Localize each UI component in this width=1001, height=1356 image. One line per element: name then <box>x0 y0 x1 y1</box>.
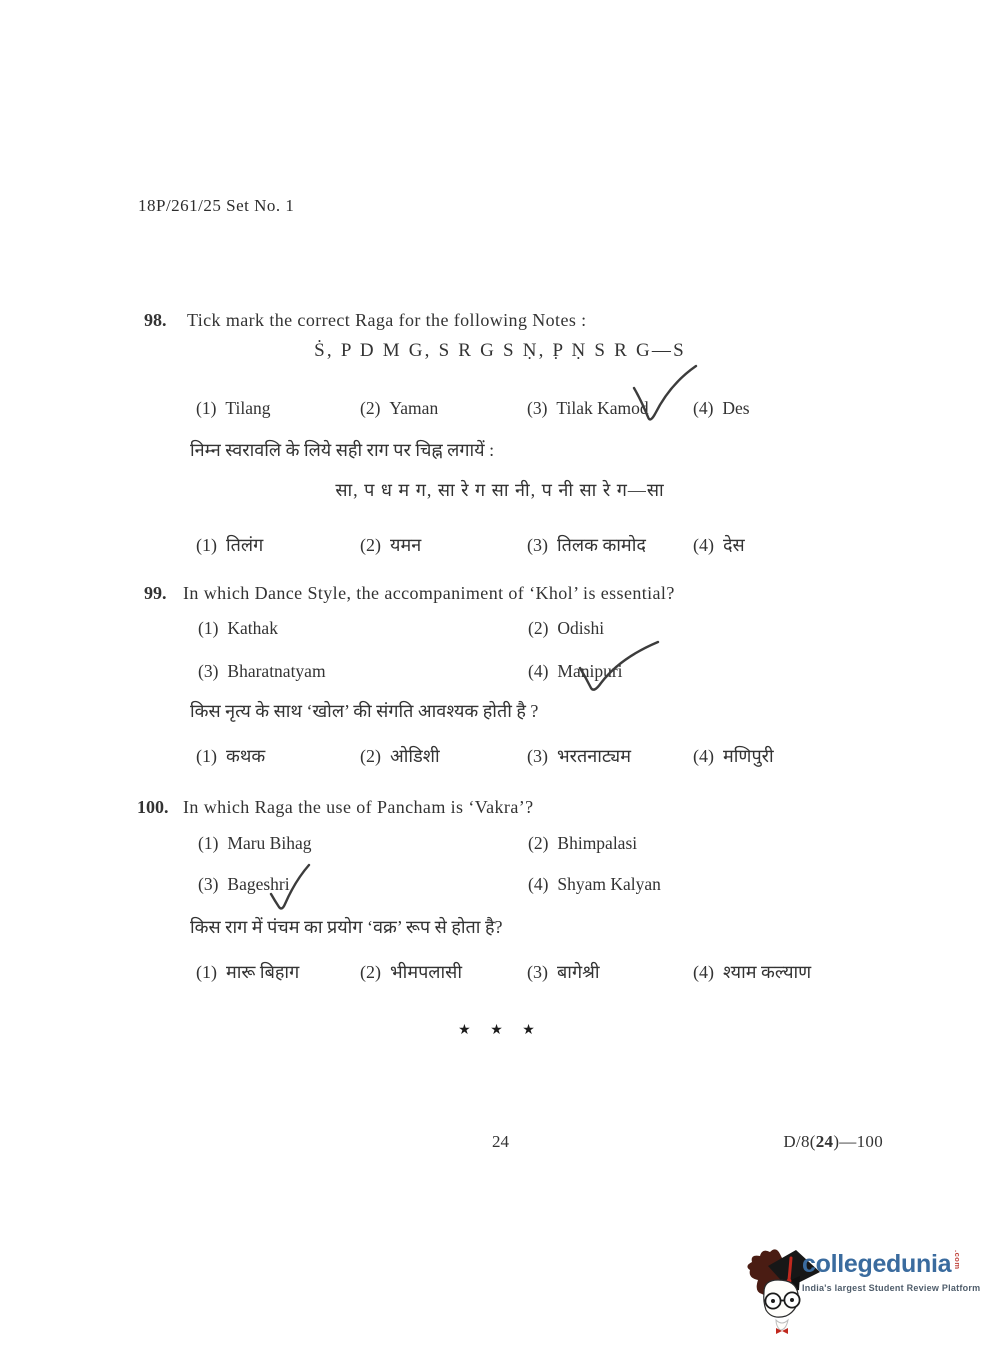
option-98-1-en: (1)Tilang <box>196 398 270 419</box>
option-label: Bharatnatyam <box>227 661 325 681</box>
option-marker: (1) <box>198 833 218 854</box>
option-marker: (3) <box>527 962 548 983</box>
print-code: D/8(24)—100 <box>783 1132 883 1152</box>
question-98-notes-hi: सा, प ध म ग, सा रे ग सा नी, प नी सा रे ग… <box>180 478 820 502</box>
option-100-2-hi: (2)भीमपलासी <box>360 960 462 984</box>
print-code-suffix: )—100 <box>833 1132 883 1151</box>
collegedunia-watermark: collegedunia.com India's largest Student… <box>738 1242 1000 1334</box>
paper-code: 18P/261/25 Set No. 1 <box>138 196 294 216</box>
collegedunia-tld-text: .com <box>953 1250 962 1276</box>
option-marker: (2) <box>360 535 381 556</box>
option-label: Tilang <box>225 398 270 418</box>
option-label: Shyam Kalyan <box>557 874 661 894</box>
collegedunia-tagline: India's largest Student Review Platform <box>802 1283 980 1293</box>
option-label: भरतनाट्यम <box>557 746 631 766</box>
question-98-notes-en: Ṡ, P D M G, S R G S Ṇ, P̣ Ṇ S R G—S <box>180 340 820 362</box>
question-98-options-hi: (1)तिलंग (2)यमन (3)तिलक कामोद (4)देस <box>0 533 1001 563</box>
question-100-options-row2: (3)Bageshri (4)Shyam Kalyan <box>0 874 1001 904</box>
question-99-text-hi: किस नृत्य के साथ ‘खोल’ की संगति आवश्यक ह… <box>190 699 538 723</box>
option-99-1-hi: (1)कथक <box>196 744 265 768</box>
question-100-text-en: In which Raga the use of Pancham is ‘Vak… <box>183 797 534 818</box>
handwritten-tick-q99-icon <box>574 634 662 696</box>
option-label: श्याम कल्याण <box>723 962 811 982</box>
question-99-text-en: In which Dance Style, the accompaniment … <box>183 583 675 604</box>
question-98-text-hi: निम्न स्वरावलि के लिये सही राग पर चिह्न … <box>190 438 494 462</box>
end-of-paper-marker: ★ ★ ★ <box>0 1022 1001 1039</box>
option-marker: (2) <box>360 398 380 419</box>
option-98-2-en: (2)Yaman <box>360 398 438 419</box>
option-marker: (1) <box>196 746 217 767</box>
handwritten-tick-q98-icon <box>628 360 700 430</box>
option-98-2-hi: (2)यमन <box>360 533 421 557</box>
option-marker: (2) <box>360 746 381 767</box>
option-marker: (4) <box>693 962 714 983</box>
option-label: तिलंग <box>226 535 263 555</box>
option-label: बागेश्री <box>557 962 599 982</box>
option-99-3-en: (3)Bharatnatyam <box>198 661 326 682</box>
option-marker: (2) <box>528 833 548 854</box>
question-100-options-hi: (1)मारू बिहाग (2)भीमपलासी (3)बागेश्री (4… <box>0 960 1001 990</box>
option-98-1-hi: (1)तिलंग <box>196 533 263 557</box>
option-label: Kathak <box>227 618 278 638</box>
option-label: Yaman <box>389 398 438 418</box>
print-code-bold: 24 <box>816 1132 834 1151</box>
option-label: कथक <box>226 746 265 766</box>
option-99-4-hi: (4)मणिपुरी <box>693 744 774 768</box>
option-marker: (3) <box>198 874 218 895</box>
option-98-4-hi: (4)देस <box>693 533 745 557</box>
option-98-3-hi: (3)तिलक कामोद <box>527 533 646 557</box>
question-100-text-hi: किस राग में पंचम का प्रयोग ‘वक्र’ रूप से… <box>190 915 503 939</box>
question-100-options-row1: (1)Maru Bihag (2)Bhimpalasi <box>0 833 1001 863</box>
option-100-1-hi: (1)मारू बिहाग <box>196 960 299 984</box>
option-marker: (1) <box>196 398 216 419</box>
option-label: तिलक कामोद <box>557 535 646 555</box>
option-marker: (4) <box>528 661 548 682</box>
option-label: भीमपलासी <box>390 962 462 982</box>
option-99-2-hi: (2)ओडिशी <box>360 744 440 768</box>
option-98-4-en: (4)Des <box>693 398 750 419</box>
question-100-number: 100. <box>137 797 169 818</box>
option-marker: (1) <box>196 962 217 983</box>
option-marker: (4) <box>693 535 714 556</box>
option-marker: (1) <box>196 535 217 556</box>
question-98-options-en: (1)Tilang (2)Yaman (3)Tilak Kamod (4)Des <box>0 398 1001 428</box>
handwritten-tick-q100-icon <box>264 860 314 912</box>
option-100-4-hi: (4)श्याम कल्याण <box>693 960 811 984</box>
option-100-1-en: (1)Maru Bihag <box>198 833 312 854</box>
option-label: देस <box>723 535 745 555</box>
question-98-text-en: Tick mark the correct Raga for the follo… <box>187 310 587 331</box>
question-99-options-row2: (3)Bharatnatyam (4)Manipuri <box>0 661 1001 691</box>
option-100-4-en: (4)Shyam Kalyan <box>528 874 661 895</box>
option-marker: (2) <box>528 618 548 639</box>
option-marker: (3) <box>527 535 548 556</box>
option-99-1-en: (1)Kathak <box>198 618 278 639</box>
option-marker: (4) <box>528 874 548 895</box>
question-99-number: 99. <box>144 583 167 604</box>
option-marker: (3) <box>527 398 547 419</box>
option-100-3-hi: (3)बागेश्री <box>527 960 599 984</box>
option-marker: (3) <box>527 746 548 767</box>
option-marker: (2) <box>360 962 381 983</box>
question-99-options-row1: (1)Kathak (2)Odishi <box>0 618 1001 648</box>
option-label: मणिपुरी <box>723 746 774 766</box>
option-label: Maru Bihag <box>227 833 311 853</box>
option-marker: (3) <box>198 661 218 682</box>
option-label: Bhimpalasi <box>557 833 637 853</box>
print-code-prefix: D/8( <box>783 1132 815 1151</box>
option-label: मारू बिहाग <box>226 962 299 982</box>
option-label: ओडिशी <box>390 746 440 766</box>
exam-paper-page: 18P/261/25 Set No. 1 98. Tick mark the c… <box>0 0 1001 1356</box>
collegedunia-brand-text: collegedunia <box>802 1250 951 1279</box>
option-marker: (4) <box>693 746 714 767</box>
option-99-3-hi: (3)भरतनाट्यम <box>527 744 631 768</box>
option-marker: (1) <box>198 618 218 639</box>
option-100-2-en: (2)Bhimpalasi <box>528 833 637 854</box>
question-98-number: 98. <box>144 310 167 331</box>
option-label: Des <box>722 398 749 418</box>
option-label: यमन <box>390 535 421 555</box>
question-99-options-hi: (1)कथक (2)ओडिशी (3)भरतनाट्यम (4)मणिपुरी <box>0 744 1001 774</box>
